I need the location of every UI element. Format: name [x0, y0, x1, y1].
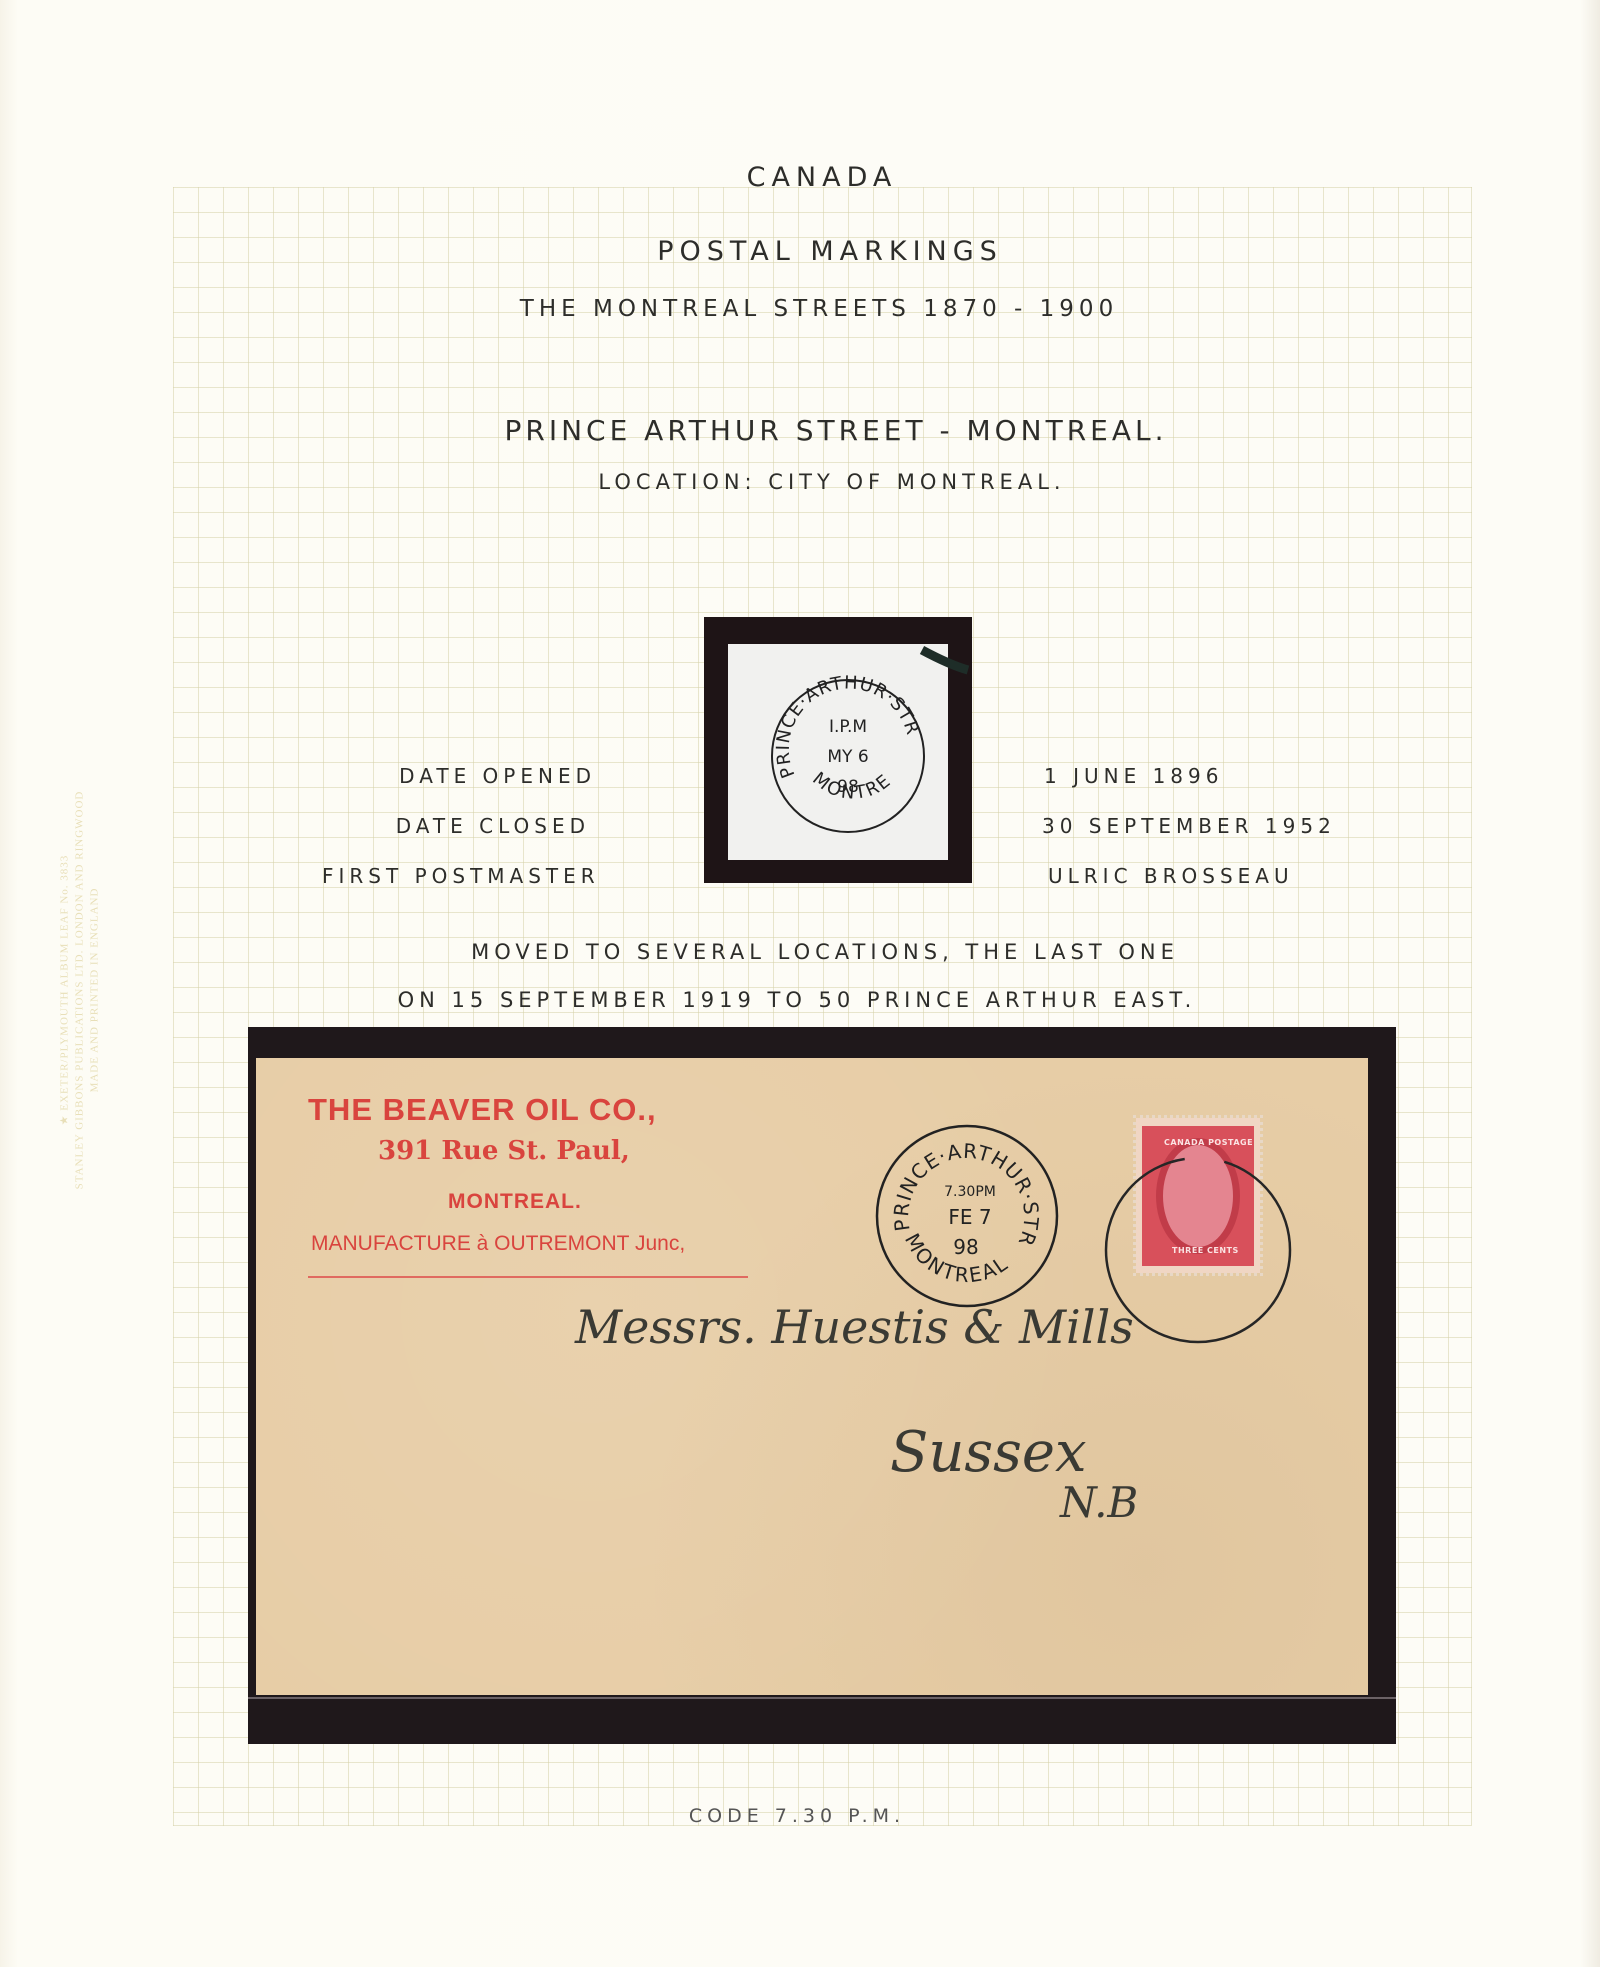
value-date-closed: 30 SEPTEMBER 1952 — [1042, 814, 1336, 838]
heading-country: CANADA — [747, 162, 898, 193]
label-first-postmaster: FIRST POSTMASTER — [322, 864, 600, 888]
value-first-postmaster: ULRIC BROSSEAU — [1048, 864, 1294, 888]
corner-card-manufacture: MANUFACTURE à OUTREMONT Junc, — [311, 1232, 685, 1256]
imprint-line-2: STANLEY GIBBONS PUBLICATIONS LTD. LONDON… — [73, 791, 88, 1190]
mount-edge-line — [248, 1697, 1396, 1699]
label-date-closed: DATE CLOSED — [360, 814, 590, 838]
imprint-line-3: MADE AND PRINTED IN ENGLAND — [88, 791, 103, 1190]
heading-office: PRINCE ARTHUR STREET - MONTREAL. — [504, 414, 1167, 447]
heading-series: THE MONTREAL STREETS 1870 - 1900 — [520, 296, 1118, 322]
corner-card-city: MONTREAL. — [448, 1190, 582, 1214]
note-line-2: ON 15 SEPTEMBER 1919 TO 50 PRINCE ARTHUR… — [398, 988, 1197, 1012]
addressee-line-3: N.B — [1060, 1478, 1138, 1527]
cover-pm-year: 98 — [953, 1235, 978, 1259]
corner-card-rule — [308, 1276, 748, 1278]
heading-subject: POSTAL MARKINGS — [657, 236, 1003, 267]
corner-card-address: 391 Rue St. Paul, — [378, 1136, 630, 1166]
addressee-line-2: Sussex — [890, 1420, 1087, 1485]
note-line-1: MOVED TO SEVERAL LOCATIONS, THE LAST ONE — [471, 940, 1179, 964]
corner-card-company: THE BEAVER OIL CO., — [308, 1092, 657, 1128]
stamp-top-text: CANADA POSTAGE — [1164, 1138, 1253, 1147]
heading-location: LOCATION: CITY OF MONTREAL. — [598, 470, 1065, 494]
footer-code: CODE 7.30 P.M. — [689, 1805, 905, 1827]
cover-pm-time: 7.30PM — [944, 1184, 996, 1200]
addressee-line-1: Messrs. Huestis & Mills — [575, 1300, 1134, 1354]
piece-year: 98 — [837, 777, 859, 797]
piece-date: MY 6 — [827, 747, 868, 767]
cover-pm-date: FE 7 — [948, 1205, 991, 1229]
album-leaf-imprint: ★ EXETER/PLYMOUTH ALBUM LEAF No. 3833 ST… — [58, 791, 103, 1190]
label-date-opened: DATE OPENED — [360, 764, 596, 788]
piece-time: I.P.M — [829, 717, 867, 737]
value-date-opened: 1 JUNE 1896 — [1044, 764, 1223, 788]
postmark-piece-cancel: PRINCE·ARTHUR·STR MONTREAL I.P.M MY 6 98 — [700, 610, 980, 890]
cover-postmark: PRINCE·ARTHUR·STR MONTREAL 7.30PM FE 7 9… — [870, 1120, 1070, 1320]
imprint-line-1: ★ EXETER/PLYMOUTH ALBUM LEAF No. 3833 — [58, 791, 73, 1190]
